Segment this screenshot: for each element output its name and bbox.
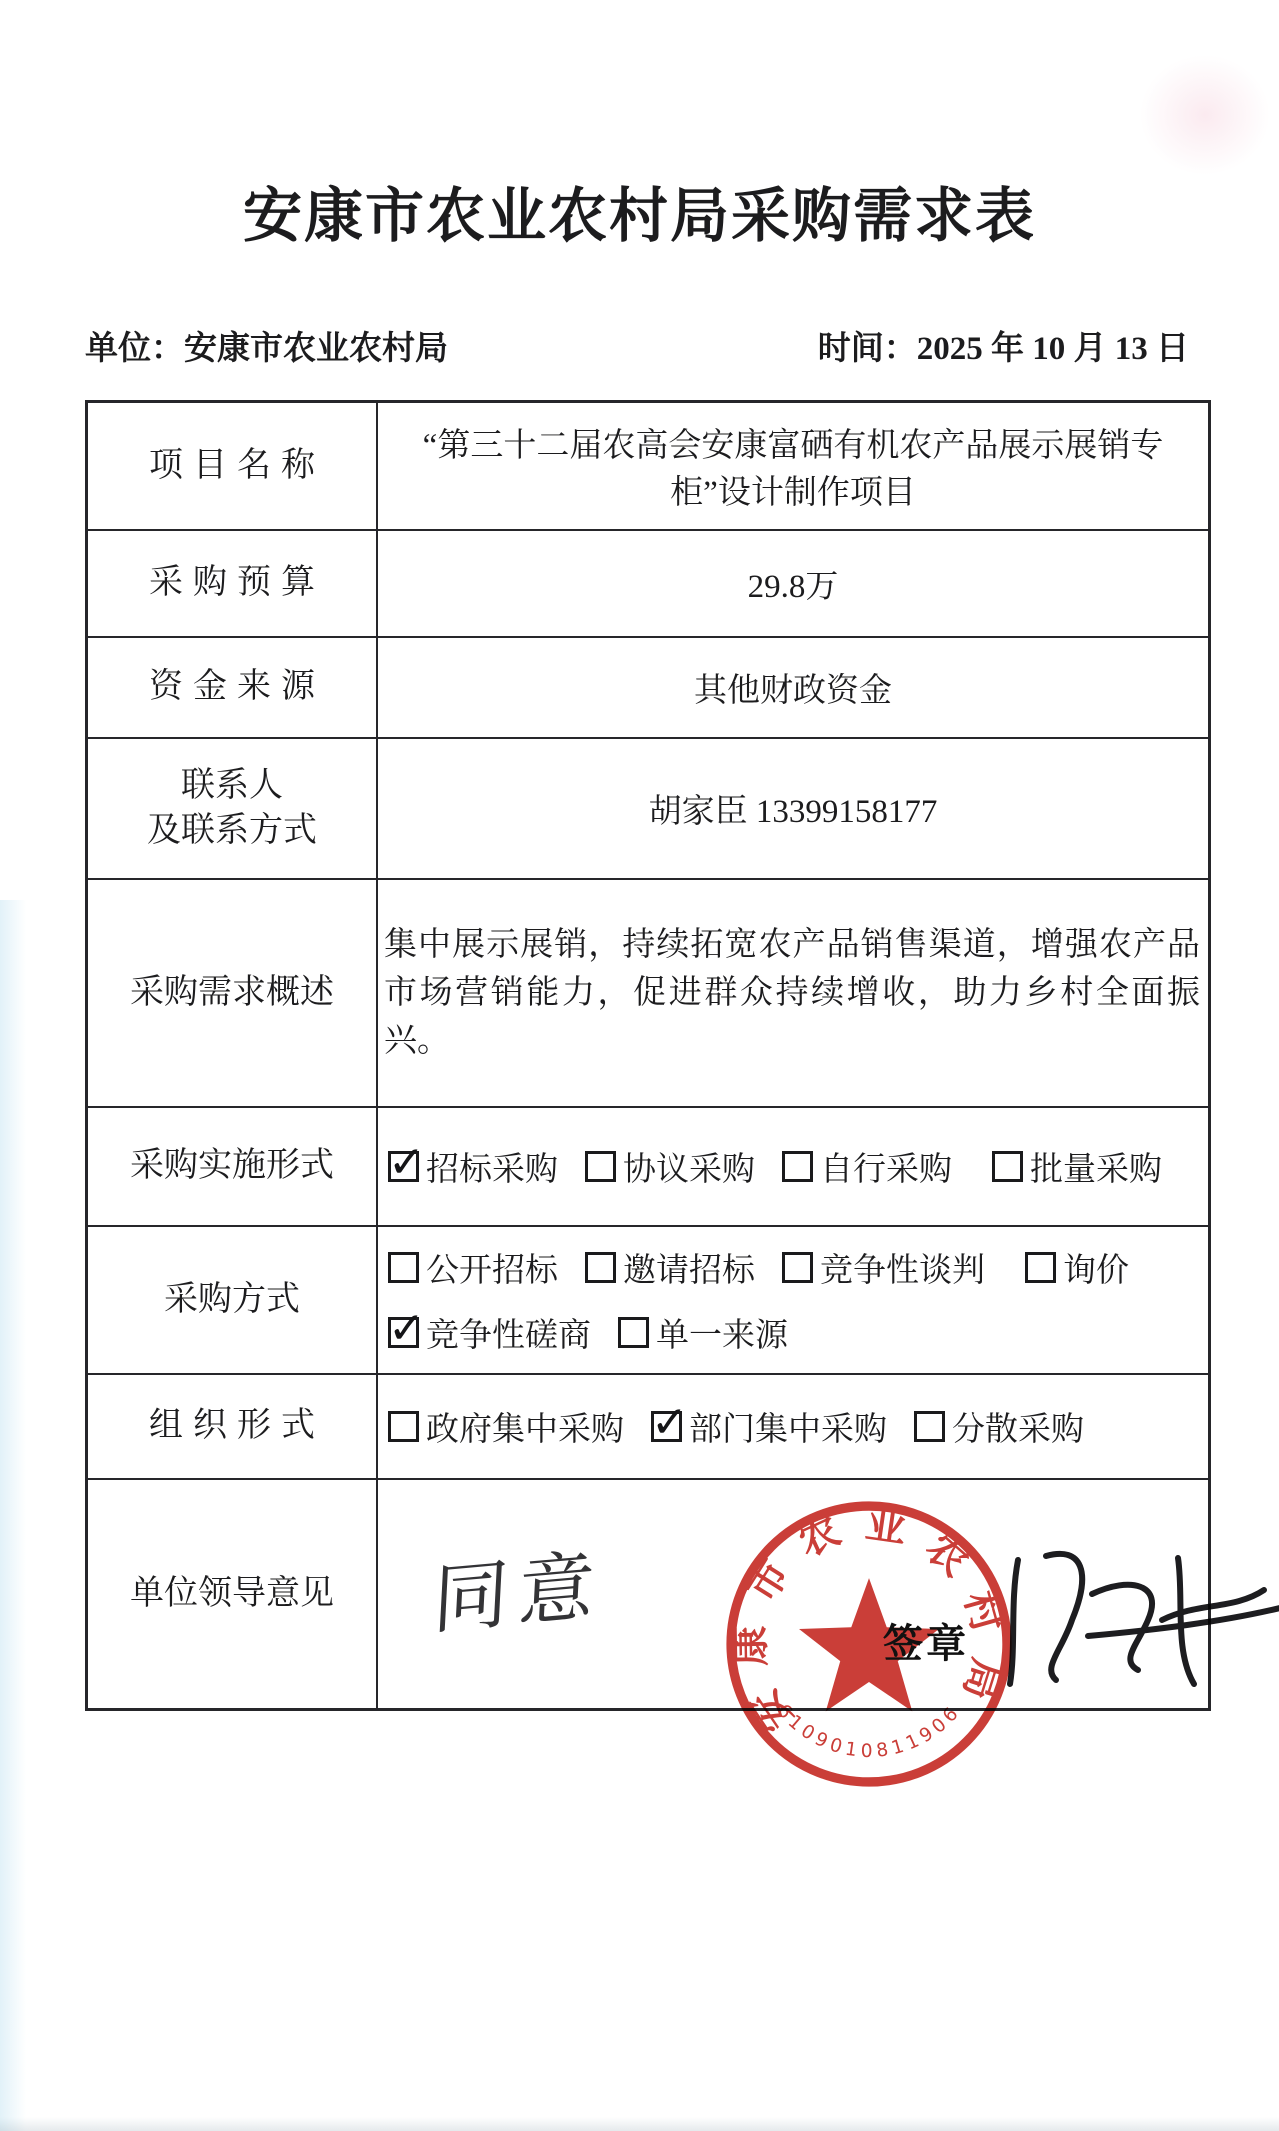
method-line-1: 公开招标 邀请招标 竞争性谈判 询价 xyxy=(388,1244,1156,1291)
option-xunjia: 询价 xyxy=(1025,1244,1129,1291)
row-implementation-form: 采购实施形式 招标采购 协议采购 自行采购 批量采购 xyxy=(88,1106,1208,1225)
funding-source-label: 资金来源 xyxy=(88,638,378,737)
leader-opinion-label: 单位领导意见 xyxy=(88,1480,378,1708)
checkbox-icon xyxy=(782,1151,813,1182)
method-line-2: 竞争性磋商 单一来源 xyxy=(388,1309,815,1356)
implementation-form-label: 采购实施形式 xyxy=(88,1108,378,1225)
leader-opinion-cell: 同意 签章 安康市农业农村局 6109010811906 xyxy=(378,1480,1208,1708)
row-organization-form: 组织形式 政府集中采购 部门集中采购 分散采购 xyxy=(88,1373,1208,1478)
row-budget: 采购预算 29.8万 xyxy=(88,529,1208,636)
summary-value: 集中展示展销，持续拓宽农产品销售渠道，增强农产品市场营销能力，促进群众持续增收，… xyxy=(378,880,1208,1106)
option-jingzhengxing-tanpan: 竞争性谈判 xyxy=(782,1244,985,1291)
row-funding-source: 资金来源 其他财政资金 xyxy=(88,636,1208,737)
unit-field: 单位：安康市农业农村局 xyxy=(85,322,448,369)
option-zixing-caigou: 自行采购 xyxy=(782,1143,952,1190)
scanned-procurement-form: 安康市农业农村局采购需求表 单位：安康市农业农村局 时间：2025 年 10 月… xyxy=(0,0,1279,2131)
contact-label: 联系人 及联系方式 xyxy=(88,739,378,878)
contact-label-line2: 及联系方式 xyxy=(147,809,317,854)
document-title: 安康市农业农村局采购需求表 xyxy=(0,168,1279,253)
scan-smudge xyxy=(1140,55,1270,175)
project-name-value: “第三十二届农高会安康富硒有机农产品展示展销专柜”设计制作项目 xyxy=(378,403,1208,529)
organization-form-options: 政府集中采购 部门集中采购 分散采购 xyxy=(378,1375,1208,1478)
project-name-label: 项目名称 xyxy=(88,403,378,529)
checkbox-checked-icon xyxy=(388,1151,419,1182)
option-bumen-jizhong: 部门集中采购 xyxy=(651,1403,887,1450)
official-red-seal: 安康市农业农村局 6109010811906 xyxy=(714,1489,1024,1799)
option-fensan-caigou: 分散采购 xyxy=(914,1403,1084,1450)
scan-tint-left xyxy=(0,900,26,2131)
row-contact: 联系人 及联系方式 胡家臣 13399158177 xyxy=(88,737,1208,878)
contact-label-line1: 联系人 xyxy=(181,764,283,809)
checkbox-icon xyxy=(914,1411,945,1442)
scan-tint-bottom xyxy=(0,2117,1279,2131)
leader-signature-scribble xyxy=(996,1532,1279,1702)
sign-seal-caption: 签章 xyxy=(883,1612,969,1669)
option-zhaobiao-caigou: 招标采购 xyxy=(388,1143,558,1190)
meta-row: 单位：安康市农业农村局 时间：2025 年 10 月 13 日 xyxy=(85,322,1205,372)
option-zhengfu-jizhong: 政府集中采购 xyxy=(388,1403,624,1450)
checkbox-icon xyxy=(388,1252,419,1283)
option-gongkai-zhaobiao: 公开招标 xyxy=(388,1244,558,1291)
checkbox-icon xyxy=(618,1317,649,1348)
checkbox-checked-icon xyxy=(651,1411,682,1442)
budget-label: 采购预算 xyxy=(88,531,378,636)
funding-source-value: 其他财政资金 xyxy=(378,638,1208,737)
contact-value: 胡家臣 13399158177 xyxy=(378,739,1208,878)
checkbox-icon xyxy=(1025,1252,1056,1283)
implementation-form-options: 招标采购 协议采购 自行采购 批量采购 xyxy=(378,1108,1208,1225)
option-piliang-caigou: 批量采购 xyxy=(992,1143,1162,1190)
procurement-method-options: 公开招标 邀请招标 竞争性谈判 询价 xyxy=(378,1227,1208,1373)
option-danyi-laiyuan: 单一来源 xyxy=(618,1309,788,1356)
checkbox-icon xyxy=(388,1411,419,1442)
checkbox-icon xyxy=(585,1151,616,1182)
organization-form-label: 组织形式 xyxy=(88,1375,378,1478)
checkbox-icon xyxy=(992,1151,1023,1182)
checkbox-icon xyxy=(585,1252,616,1283)
row-project-name: 项目名称 “第三十二届农高会安康富硒有机农产品展示展销专柜”设计制作项目 xyxy=(88,403,1208,529)
procurement-method-label: 采购方式 xyxy=(88,1227,378,1373)
summary-label: 采购需求概述 xyxy=(88,880,378,1106)
option-xieyi-caigou: 协议采购 xyxy=(585,1143,755,1190)
row-summary: 采购需求概述 集中展示展销，持续拓宽农产品销售渠道，增强农产品市场营销能力，促进… xyxy=(88,878,1208,1106)
row-leader-opinion: 单位领导意见 同意 签章 安康市农业农村局 6109010811906 xyxy=(88,1478,1208,1708)
seal-code-text: 6109010811906 xyxy=(772,1700,965,1761)
option-yaoqing-zhaobiao: 邀请招标 xyxy=(585,1244,755,1291)
date-field: 时间：2025 年 10 月 13 日 xyxy=(818,322,1189,369)
checkbox-icon xyxy=(782,1252,813,1283)
form-table: 项目名称 “第三十二届农高会安康富硒有机农产品展示展销专柜”设计制作项目 采购预… xyxy=(85,400,1211,1711)
svg-text:6109010811906: 6109010811906 xyxy=(772,1700,965,1761)
budget-value: 29.8万 xyxy=(378,531,1208,636)
checkbox-checked-icon xyxy=(388,1317,419,1348)
row-procurement-method: 采购方式 公开招标 邀请招标 竞争性谈判 xyxy=(88,1225,1208,1373)
handwritten-approval: 同意 xyxy=(430,1524,607,1649)
option-jingzhengxing-cuoshang: 竞争性磋商 xyxy=(388,1309,591,1356)
